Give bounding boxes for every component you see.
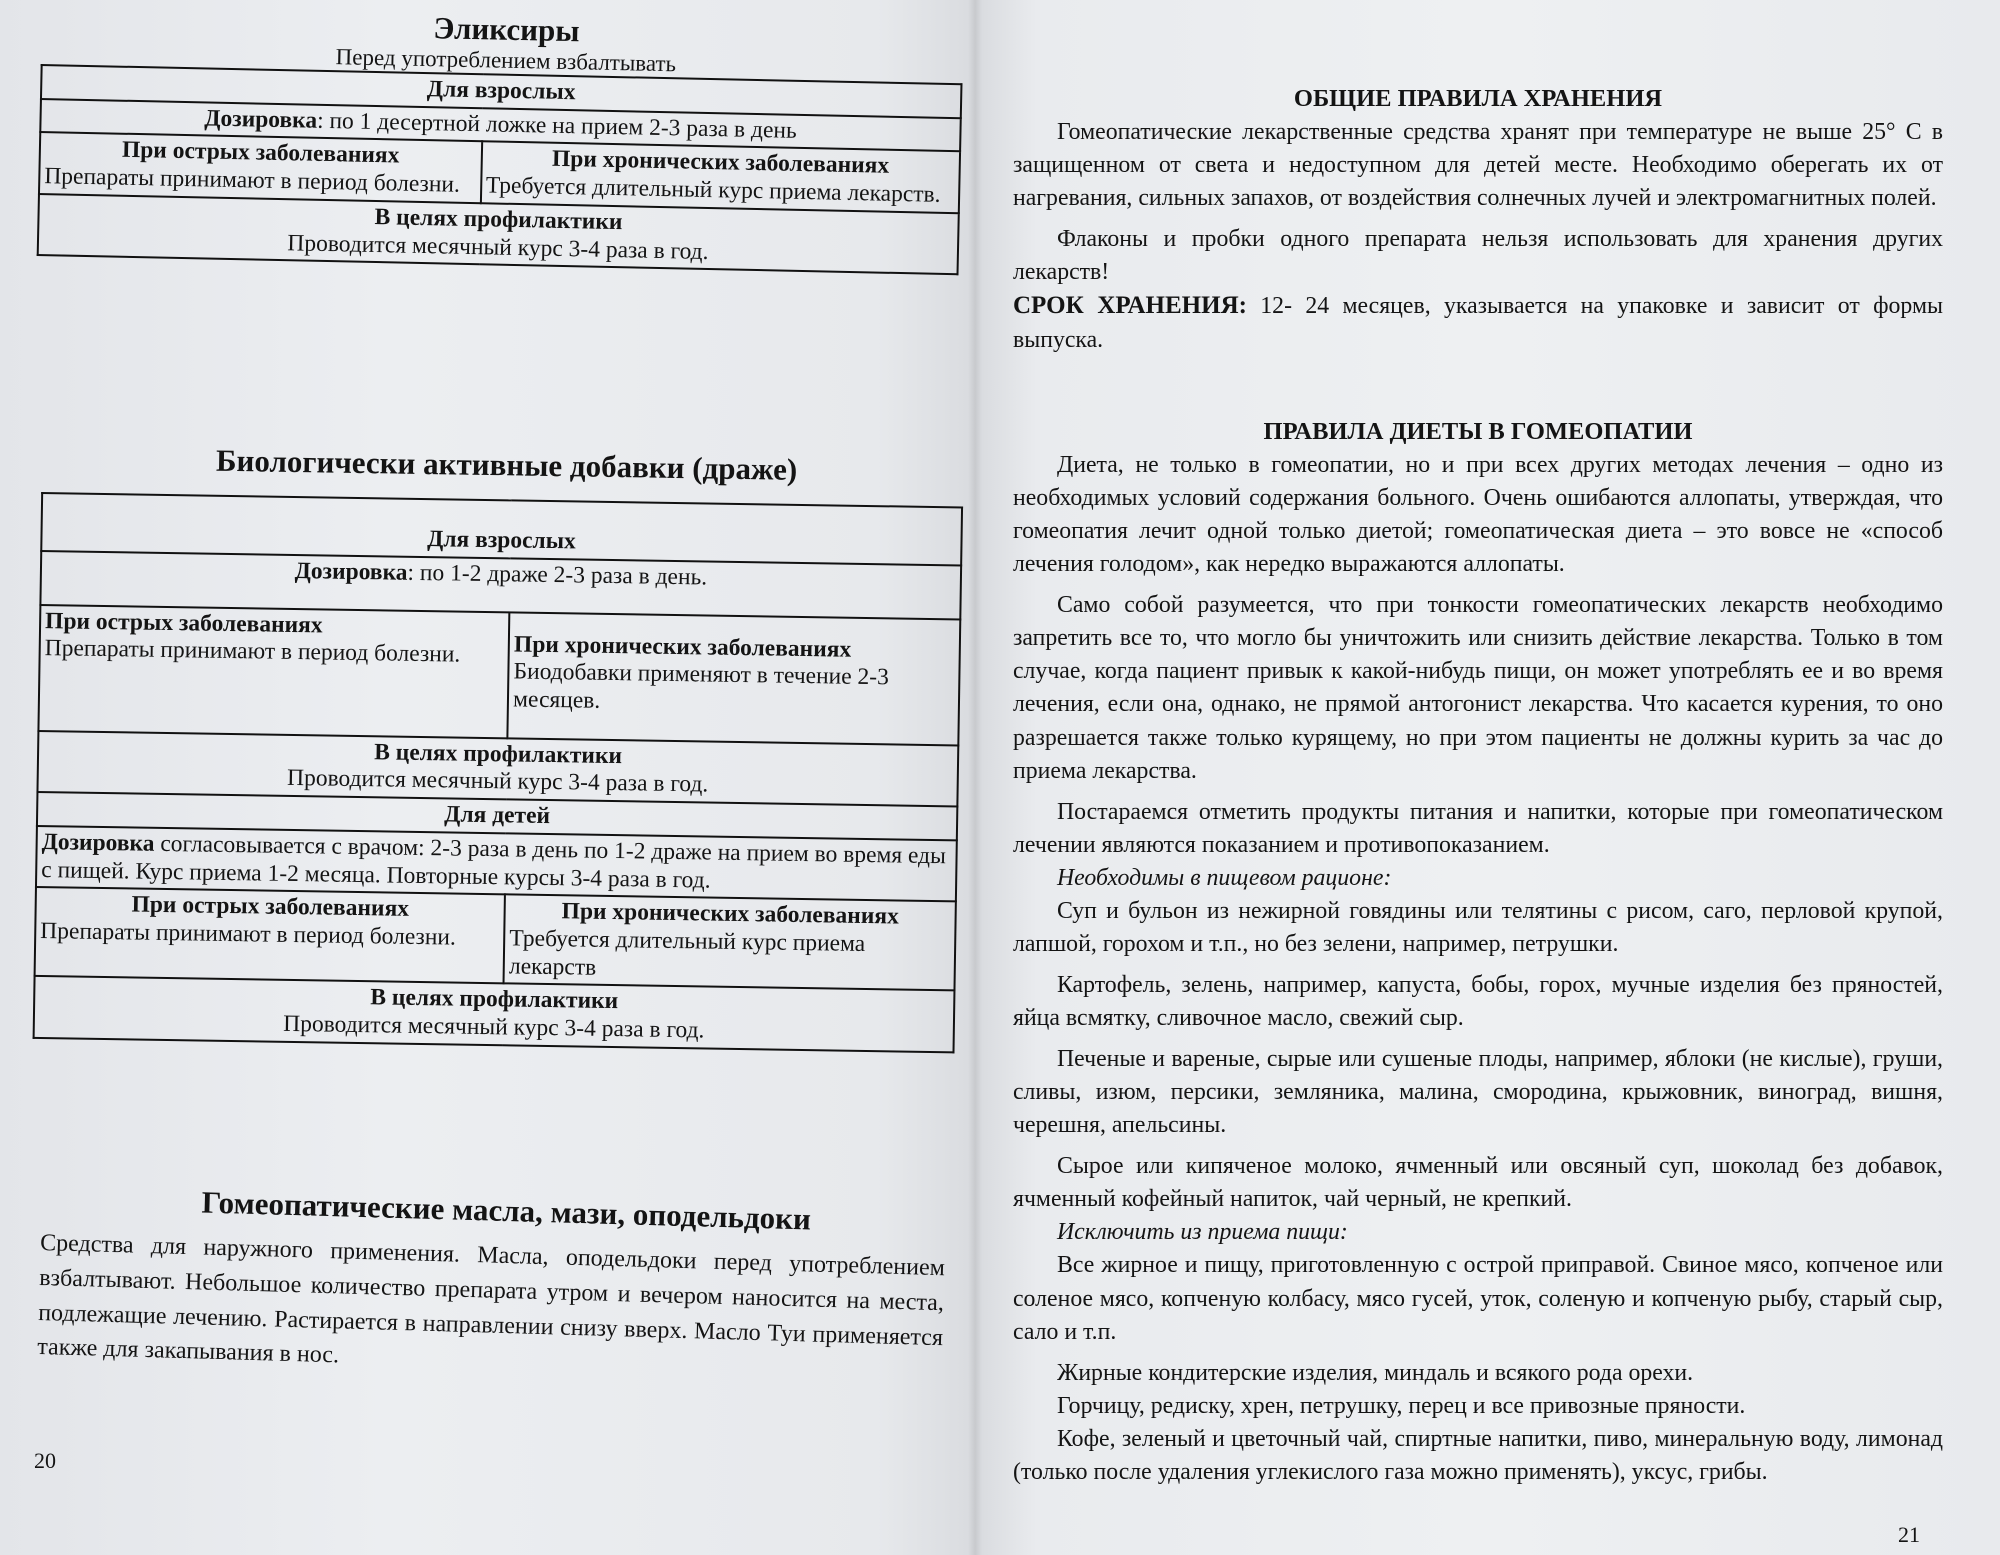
storage-title: ОБЩИЕ ПРАВИЛА ХРАНЕНИЯ [1013,82,1943,116]
dosage-text: : по 1 десертной ложке на прием 2-3 раза… [317,108,797,144]
diet-title: ПРАВИЛА ДИЕТЫ В ГОМЕОПАТИИ [1013,415,1943,449]
allowed-label-text: Необходимы в пищевом рационе: [1057,865,1391,891]
diet-paragraph-3: Постараемся отметить продукты питания и … [1013,796,1943,862]
excluded-item: Все жирное и пищу, приготовленную с остр… [1013,1249,1943,1348]
chronic-cell: При хронических заболеваниях Биодобавки … [508,612,961,745]
oils-section: Гомеопатические масла, мази, оподельдоки… [37,1180,972,1391]
acute-text: Препараты принимают в период болезни. [44,636,504,671]
acute-cell: При острых заболеваниях Препараты приним… [39,132,482,203]
storage-section: ОБЩИЕ ПРАВИЛА ХРАНЕНИЯ Гомеопатические л… [1013,82,1943,357]
page-number-left: 20 [34,1448,56,1474]
dosage-label: Дозировка [295,558,408,586]
children-dosage-label: Дозировка [41,829,154,857]
diet-paragraph-2: Само собой разумеется, что при тонкости … [1013,589,1943,787]
chronic-cell: При хронических заболеваниях Требуется д… [480,142,960,213]
acute-cell: При острых заболеваниях Препараты приним… [38,605,509,738]
excluded-item: Горчицу, редиску, хрен, петрушку, перец … [1013,1390,1943,1423]
allowed-label: Необходимы в пищевом рационе: [1013,862,1943,895]
children-chronic-cell: При хронических заболеваниях Требуется д… [504,895,956,991]
storage-paragraph-2: Флаконы и пробки одного препарата нельзя… [1013,223,1943,289]
elixirs-section: Эликсиры Перед употреблением взбалтывать… [37,2,972,276]
book-spine [968,0,982,1555]
excluded-item: Жирные кондитерские изделия, миндаль и в… [1013,1357,1943,1390]
children-dosage-text: согласовывается с врачом: 2-3 раза в ден… [41,831,946,893]
allowed-item: Картофель, зелень, например, капуста, бо… [1013,969,1943,1035]
children-chronic-text: Требуется длительный курс приема лекарст… [509,925,951,987]
supplements-section: Биологически активные добавки (драже) Дл… [33,440,972,1053]
children-acute-text: Препараты принимают в период болезни. [40,918,500,953]
diet-paragraph-1: Диета, не только в гомеопатии, но и при … [1013,449,1943,581]
dosage-text: : по 1-2 драже 2-3 раза в день. [407,559,707,590]
page-number-right: 21 [1898,1522,1920,1548]
supplements-table: Для взрослых Дозировка: по 1-2 драже 2-3… [33,492,963,1053]
excluded-label-text: Исключить из приема пищи: [1057,1219,1348,1245]
allowed-item: Суп и бульон из нежирной говядины или те… [1013,895,1943,961]
children-acute-cell: При острых заболеваниях Препараты приним… [35,887,506,984]
children-prophylaxis-cell: В целях профилактики Проводится месячный… [34,976,955,1052]
left-page: Эликсиры Перед употреблением взбалтывать… [0,0,975,1555]
oils-body: Средства для наружного применения. Масла… [37,1226,946,1390]
dosage-label: Дозировка [204,105,317,133]
shelf-life-label: СРОК ХРАНЕНИЯ: [1013,292,1247,319]
shelf-life: СРОК ХРАНЕНИЯ: 12- 24 месяцев, указывает… [1013,289,1943,357]
allowed-item: Сырое или кипяченое молоко, ячменный или… [1013,1150,1943,1216]
allowed-item: Печеные и вареные, сырые или сушеные пло… [1013,1043,1943,1142]
chronic-text: Биодобавки применяют в течение 2-3 месяц… [513,659,955,721]
storage-paragraph-1: Гомеопатические лекарственные средства х… [1013,116,1943,215]
excluded-label: Исключить из приема пищи: [1013,1216,1943,1249]
diet-section: ПРАВИЛА ДИЕТЫ В ГОМЕОПАТИИ Диета, не тол… [1013,415,1943,1489]
supplements-title: Биологически активные добавки (драже) [41,440,971,491]
elixirs-table: Для взрослых Дозировка: по 1 десертной л… [37,64,963,276]
excluded-item: Кофе, зеленый и цветочный чай, спиртные … [1013,1423,1943,1489]
